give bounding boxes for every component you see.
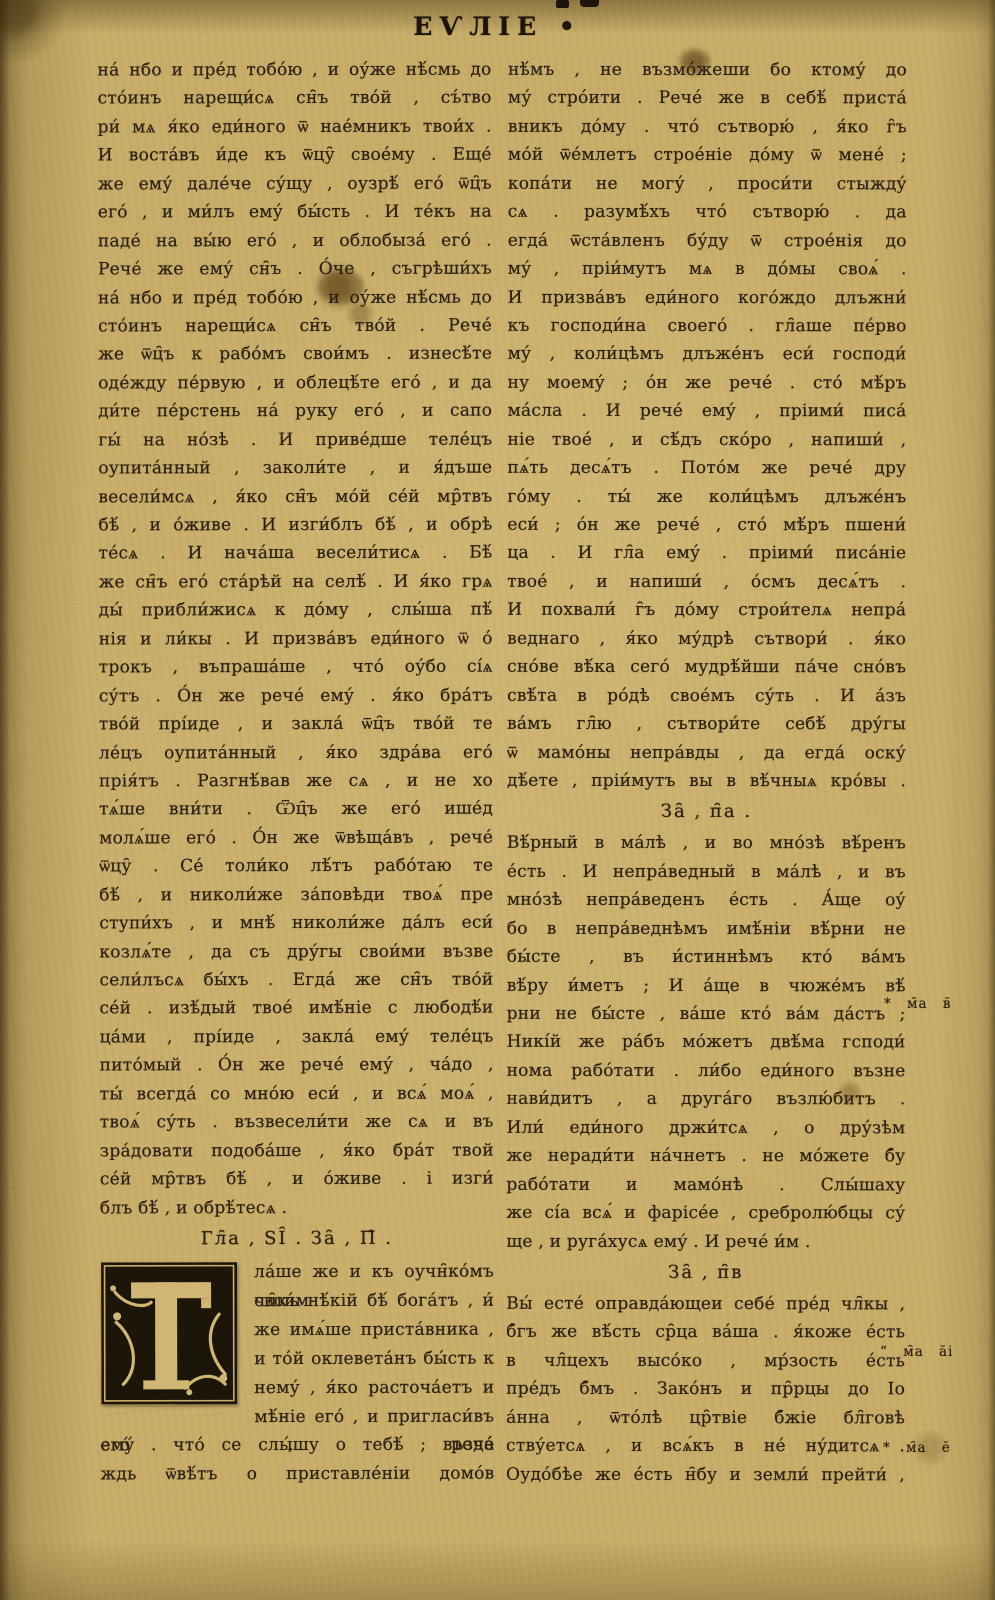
- text-line: Вѣ́рный в ма́лѣ , и во мно́зѣ вѣ́ренъ: [507, 829, 906, 858]
- text-line: вѣ́ру и́метъ ; И а́ще в чюже́мъ вѣ́: [507, 971, 906, 1000]
- margin-note: * м̑а е̄: [883, 1440, 951, 1456]
- text-line: веднаго , я́ко му́дрѣ сътвори́ . я́ко: [507, 624, 906, 653]
- text-line: весели́мсѧ , я́ко сн̑ъ мо́й се́й мр̑твъ: [98, 482, 492, 511]
- text-line: паде́ на вы́ю его́ , и облобыза́ его́ .: [98, 226, 492, 255]
- text-line: су́тъ . О́н же рече́ ему́ . я́ко бра́тъ: [99, 681, 493, 710]
- cropped-glyph: [580, 0, 599, 7]
- text-line: пѧ́ть десѧ́тъ . Пото́м же рече́ дру: [507, 454, 906, 483]
- text-line: бѣ́ , и николи́же за́повѣди твоѧ́ пре: [99, 880, 493, 909]
- text-line: пре́дъ б̑мъ . Зако́нъ и пр̑рцы до Іо: [506, 1375, 905, 1404]
- text-line: а́нна , ѿто́лѣ цр̑твіе б̑жіе бл̑говѣ: [506, 1403, 905, 1432]
- text-line: же сн̑ъ его́ ста́рѣй на селѣ́ . И я́ко г…: [99, 567, 493, 596]
- foliate-initial-icon: [101, 1262, 237, 1404]
- section-heading: За̑ , п̑а .: [507, 795, 906, 830]
- text-line: бы́сте , въ и́стиннѣмъ кто́ ва́мъ: [507, 943, 906, 972]
- text-line: ну моему́ ; о́н же рече́ . сто́ мѣ́ръ: [508, 369, 907, 398]
- text-line: го́му . ты́ же коли́цѣмъ длъже́нъ: [507, 482, 906, 511]
- text-line: нави́дитъ , а друга́го възлю́битъ .: [507, 1085, 906, 1114]
- text-line: его́ , и ми́лъ ему́ бы́сть . И те́къ на: [98, 198, 492, 227]
- text-line: Или́ еди́ного држи́тсѧ , о дру́зѣм: [506, 1113, 905, 1142]
- text-line: ѿцу̑ . Се́ толи́ко лѣ́тъ рабо́таю те: [99, 852, 493, 881]
- text-line: же неради́ти на́чнетъ . не мо́жете б̑у: [506, 1142, 905, 1171]
- page-gutter-shadow: [0, 0, 10, 1600]
- text-line: И воста́въ и́де къ ѿцу̑ свое́му . Еще́: [98, 141, 492, 170]
- text-line: се́й . изѣ́дый твое́ имѣ́ніе с любодѣ́и: [99, 994, 493, 1023]
- text-line: пито́мый . О́н же рече́ ему́ , ча́до ,: [100, 1051, 494, 1080]
- text-line: тво́й прі́иде , и закла́ ѿц̑ъ тво́й те: [99, 710, 493, 739]
- text-line: ству́етсѧ , и всѧ́къ в не́ ну́дитсѧ .: [506, 1432, 905, 1461]
- text-line: ты́ всегда́ со мно́ю еси́ , и всѧ́ моѧ́ …: [100, 1079, 494, 1108]
- text-line: гы́ на но́зѣ . И приве́дше теле́цъ: [98, 425, 492, 454]
- text-line: на́ нбо и пре́д тобо́ю , и оу́же нѣ́смь …: [98, 283, 492, 312]
- text-line: тѧ́ше вни́ти . Ѿц̑ъ же его́ ише́д: [99, 795, 493, 824]
- text-line: И похвали́ г̑ъ до́му строи́телѧ непра́: [507, 596, 906, 625]
- text-line: сто́инъ нарещи́сѧ сн̑ъ тво́й , съ́тво: [98, 84, 492, 113]
- text-line: мѣ́ніе его́ , и пригласи́въ его́ , рече́: [100, 1403, 494, 1432]
- text-line: ва́мъ гл̑ю , сътвори́те себѣ́ дру́гы: [507, 710, 906, 739]
- text-line: ма́сла . И рече́ ему́ , пріими́ писа́: [507, 397, 906, 426]
- text-line: сто́инъ нарещи́сѧ сн̑ъ тво́й . Рече́: [98, 312, 492, 341]
- text-line: прія́тъ . Разгнѣ́вав же сѧ , и не хо: [99, 767, 493, 796]
- text-line: Рече́ же ему́ сн̑ъ . О́че , съгрѣши́хъ: [98, 255, 492, 284]
- text-line: в чл̑цехъ высо́ко , мр́зость е́сть: [506, 1347, 905, 1376]
- right-text-column: нѣ́мъ , не възмо́жеши бо ктому́ дому́ ст…: [506, 56, 907, 1490]
- left-text-column: на́ нбо и пре́д тобо́ю , и оу́же нѣ́смь …: [98, 56, 495, 1489]
- text-line: свѣ́та в ро́дѣ свое́мъ су́ть . И а́зъ: [507, 681, 906, 710]
- page-edge-shadow: [988, 0, 995, 1600]
- text-line: сели́лъсѧ бы́хъ . Егда́ же сн̑ъ тво́й: [99, 966, 493, 995]
- text-line: козлѧ́те , да съ дру́гы свои́ми възве: [99, 937, 493, 966]
- text-line: рабо́тати и мамо́нѣ . Слы́шаху: [506, 1170, 905, 1199]
- text-line: му́ , пріи́мутъ мѧ в до́мы своѧ́ .: [508, 255, 907, 284]
- text-line: ди́те пе́рстень на́ руку его́ , и сапо: [98, 397, 492, 426]
- text-line: рни не бы́сте , ва́ше кто́ ва́м да́стъ ;: [507, 1000, 906, 1029]
- text-line: ѿ мамо́ны непра́вды , да егда́ оску́: [507, 738, 906, 767]
- text-line: дѣ́ете , пріи́мутъ вы в вѣ́чныѧ кро́вы .: [507, 767, 906, 796]
- text-line: ступи́хъ , и мнѣ́ николи́же да́лъ еси́: [99, 909, 493, 938]
- text-line: же сі́а всѧ́ и фарісе́е , сребролю́бцы с…: [506, 1199, 905, 1228]
- text-line: же ѿц̑ъ к рабо́мъ свои́мъ . изнесѣ́те: [98, 340, 492, 369]
- text-line: е́сть . И непра́ведный в ма́лѣ , и въ: [507, 858, 906, 887]
- text-line: оупита́нный , заколи́те , и я́дъше: [98, 454, 492, 483]
- text-line: бѣ́ , и о́живе . И изги́блъ бѣ́ , и обрѣ: [98, 511, 492, 540]
- text-line: къ господи́на своего́ . гл̑аше пе́рво: [508, 312, 907, 341]
- woodcut-initial-letter: [101, 1262, 237, 1404]
- text-line: ри́ мѧ я́ко еди́ного ѿ нае́мникъ твои́х …: [98, 112, 492, 141]
- text-line: молѧ́ше его́ . О́н же ѿвѣща́въ , рече́: [99, 823, 493, 852]
- text-line: Вы́ есте́ оправда́ющеи себе́ пре́д чл̑кы…: [506, 1290, 905, 1319]
- text-line: се́й мр̑твъ бѣ́ , и о́живе . і изги́: [100, 1165, 494, 1194]
- text-line: сѧ . разумѣ́хъ что́ сътворю́ . да: [508, 198, 907, 227]
- text-line: Никі́й же ра́бъ мо́жетъ двѣ́ма гсподи́: [507, 1028, 906, 1057]
- text-line: оде́жду пе́рвую , и облецѣ́те его́ , и д…: [98, 368, 492, 397]
- text-line: на́ нбо и пре́д тобо́ю , и оу́же нѣ́смь …: [98, 56, 492, 85]
- text-line: Оудо́бѣе же е́сть н̑бу и земли́ прейти́ …: [506, 1460, 905, 1489]
- text-line: б̑гъ же вѣ́сть ср̑ца ва́ша . я́коже е́ст…: [506, 1318, 905, 1347]
- text-line: егда́ ѿста́вленъ бу́ду ѿ строе́нія до: [508, 226, 907, 255]
- book-page: ЕѴЛІЕ • на́ нбо и пре́д тобо́ю , и оу́же…: [0, 0, 995, 1600]
- text-line: твое́ , и напиши́ , о́смъ десѧ́тъ .: [507, 568, 906, 597]
- dropcap-block: ла́ше же и къ оучн̑ко́мъ свои́м .чл̑къ н…: [100, 1258, 494, 1404]
- text-line: ды́ прибли́жисѧ к до́му , слы́ша пѣ́: [99, 596, 493, 625]
- text-line: му́ стро́ити . Рече́ же в себѣ́ приста́: [508, 84, 907, 113]
- text-line: вникъ до́му . что́ сътворю́ , я́ко г̑ъ: [508, 113, 907, 142]
- text-line: зра́довати подоба́ше , я́ко бра́т твой: [100, 1136, 494, 1165]
- text-line: ему́ . что́ се слы́шу о тебѣ́ ; възда́: [100, 1431, 494, 1460]
- text-line: ждь ѿвѣ́тъ о приставле́ніи домо́в: [100, 1459, 494, 1488]
- text-line: ніе твое́ , и сѣ́дъ ско́ро , напиши́ ,: [507, 425, 906, 454]
- text-line: мо́й ѿе́млетъ строе́ніе до́му ѿ мене́ ;: [508, 141, 907, 170]
- margin-note: * м̑а в̄: [884, 996, 951, 1012]
- text-line: трокъ , въпраша́ше , что́ оу́бо сі́ѧ: [99, 653, 493, 682]
- text-line: те́сѧ . И нача́ша весели́тисѧ . Бѣ́: [99, 539, 493, 568]
- section-heading: За̑ , п̑в: [506, 1256, 905, 1291]
- text-line: ца . И гл̑а ему́ . пріими́ писа́ніе: [507, 539, 906, 568]
- cropped-glyph: [556, 0, 569, 8]
- text-line: ще , и руга́хусѧ ему́ . И рече́ и́м .: [506, 1227, 905, 1256]
- text-line: мно́зѣ непра́веденъ е́сть . А́ще оу́: [507, 886, 906, 915]
- section-heading: Гл̑а , ЅІ̑ . За̑ , П̑ .: [100, 1222, 494, 1257]
- text-line: нѣ́мъ , не възмо́жеши бо ктому́ до: [508, 56, 907, 85]
- text-line: блъ бѣ́ , и обрѣ́тесѧ .: [100, 1193, 494, 1222]
- text-line: твоѧ́ су́ть . възвесели́ти же сѧ и въ: [100, 1108, 494, 1137]
- text-line: бо в непра́веднѣмъ имѣ́ніи вѣ́рни не: [507, 914, 906, 943]
- text-line: сно́ве вѣ́ка сего́ мудрѣ́йши па́че сно́в…: [507, 653, 906, 682]
- text-line: нома рабо́тати . ли́бо еди́ного възне: [507, 1057, 906, 1086]
- text-line: И призва́въ еди́ного кого́ждо длъжни́: [508, 283, 907, 312]
- text-line: копа́ти не могу́ , проси́ти стыжду́: [508, 169, 907, 198]
- text-line: еси́ ; о́н же рече́ , сто́ мѣ́ръ пшени́: [507, 511, 906, 540]
- text-line: же ему́ дале́че су́щу , оузрѣ́ его́ ѿц̑ъ: [98, 169, 492, 198]
- text-line: му́ , коли́цѣмъ длъже́нъ еси́ господи́: [508, 340, 907, 369]
- running-head: ЕѴЛІЕ •: [0, 12, 995, 41]
- text-line: нія и ли́кы . И призва́въ еди́ного ѿ о́: [99, 624, 493, 653]
- text-line: ле́цъ оупита́нный , я́ко здра́ва его́: [99, 738, 493, 767]
- text-line: ца́ми , прі́иде , закла́ ему́ теле́цъ: [100, 1022, 494, 1051]
- margin-note: “ м̑а а̄і: [880, 1344, 953, 1360]
